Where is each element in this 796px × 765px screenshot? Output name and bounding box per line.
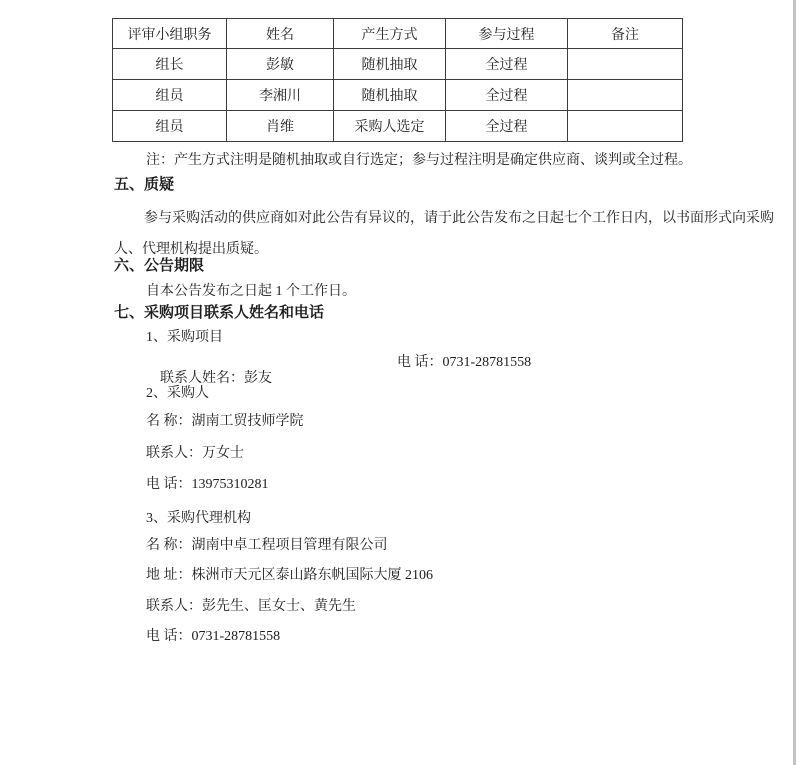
review-panel-table: 评审小组职务 姓名 产生方式 参与过程 备注 组长 彭敏 随机抽取 全过程 组员… bbox=[112, 18, 683, 142]
cell-process: 全过程 bbox=[446, 80, 568, 111]
table-row: 组长 彭敏 随机抽取 全过程 bbox=[113, 49, 683, 80]
cell-name: 彭敏 bbox=[227, 49, 334, 80]
section7-heading: 七、采购项目联系人姓名和电话 bbox=[114, 304, 324, 321]
agency-name: 名 称：湖南中卓工程项目管理有限公司 bbox=[146, 538, 388, 554]
section6-body: 自本公告发布之日起 1 个工作日。 bbox=[146, 284, 356, 300]
cell-role: 组员 bbox=[113, 111, 227, 142]
cell-method: 采购人选定 bbox=[334, 111, 446, 142]
col-header-process: 参与过程 bbox=[446, 19, 568, 49]
section6-heading: 六、公告期限 bbox=[114, 257, 204, 274]
cell-role: 组员 bbox=[113, 80, 227, 111]
cell-remarks bbox=[568, 80, 683, 111]
project-label: 1、采购项目 bbox=[146, 330, 223, 346]
col-header-method: 产生方式 bbox=[334, 19, 446, 49]
project-phone: 电 话：0731-28781558 bbox=[397, 355, 531, 371]
purchaser-contact: 联系人：万女士 bbox=[146, 446, 244, 462]
purchaser-phone: 电 话：13975310281 bbox=[146, 477, 269, 493]
agency-address: 地 址：株洲市天元区泰山路东帆国际大厦 2106 bbox=[146, 568, 433, 584]
agency-phone: 电 话：0731-28781558 bbox=[146, 629, 280, 645]
cell-remarks bbox=[568, 111, 683, 142]
section5-body: 参与采购活动的供应商如对此公告有异议的，请于此公告发布之日起七个工作日内，以书面… bbox=[114, 203, 774, 265]
document-page: 评审小组职务 姓名 产生方式 参与过程 备注 组长 彭敏 随机抽取 全过程 组员… bbox=[0, 0, 796, 765]
table-note: 注：产生方式注明是随机抽取或自行选定；参与过程注明是确定供应商、谈判或全过程。 bbox=[146, 153, 692, 169]
cell-method: 随机抽取 bbox=[334, 49, 446, 80]
cell-role: 组长 bbox=[113, 49, 227, 80]
project-contact-name: 联系人姓名：彭友 bbox=[160, 371, 272, 386]
cell-remarks bbox=[568, 49, 683, 80]
cell-name: 肖维 bbox=[227, 111, 334, 142]
agency-label: 3、采购代理机构 bbox=[146, 511, 251, 527]
cell-name: 李湘川 bbox=[227, 80, 334, 111]
project-contact-row: 联系人姓名：彭友 电 话：0731-28781558 bbox=[146, 355, 706, 419]
cell-process: 全过程 bbox=[446, 111, 568, 142]
purchaser-label: 2、采购人 bbox=[146, 386, 209, 402]
col-header-remarks: 备注 bbox=[568, 19, 683, 49]
col-header-role: 评审小组职务 bbox=[113, 19, 227, 49]
section5-heading: 五、质疑 bbox=[114, 176, 174, 193]
table-header-row: 评审小组职务 姓名 产生方式 参与过程 备注 bbox=[113, 19, 683, 49]
agency-contact: 联系人：彭先生、匡女士、黄先生 bbox=[146, 599, 356, 615]
col-header-name: 姓名 bbox=[227, 19, 334, 49]
purchaser-name: 名 称：湖南工贸技师学院 bbox=[146, 414, 304, 430]
table-row: 组员 李湘川 随机抽取 全过程 bbox=[113, 80, 683, 111]
cell-method: 随机抽取 bbox=[334, 80, 446, 111]
cell-process: 全过程 bbox=[446, 49, 568, 80]
table-row: 组员 肖维 采购人选定 全过程 bbox=[113, 111, 683, 142]
